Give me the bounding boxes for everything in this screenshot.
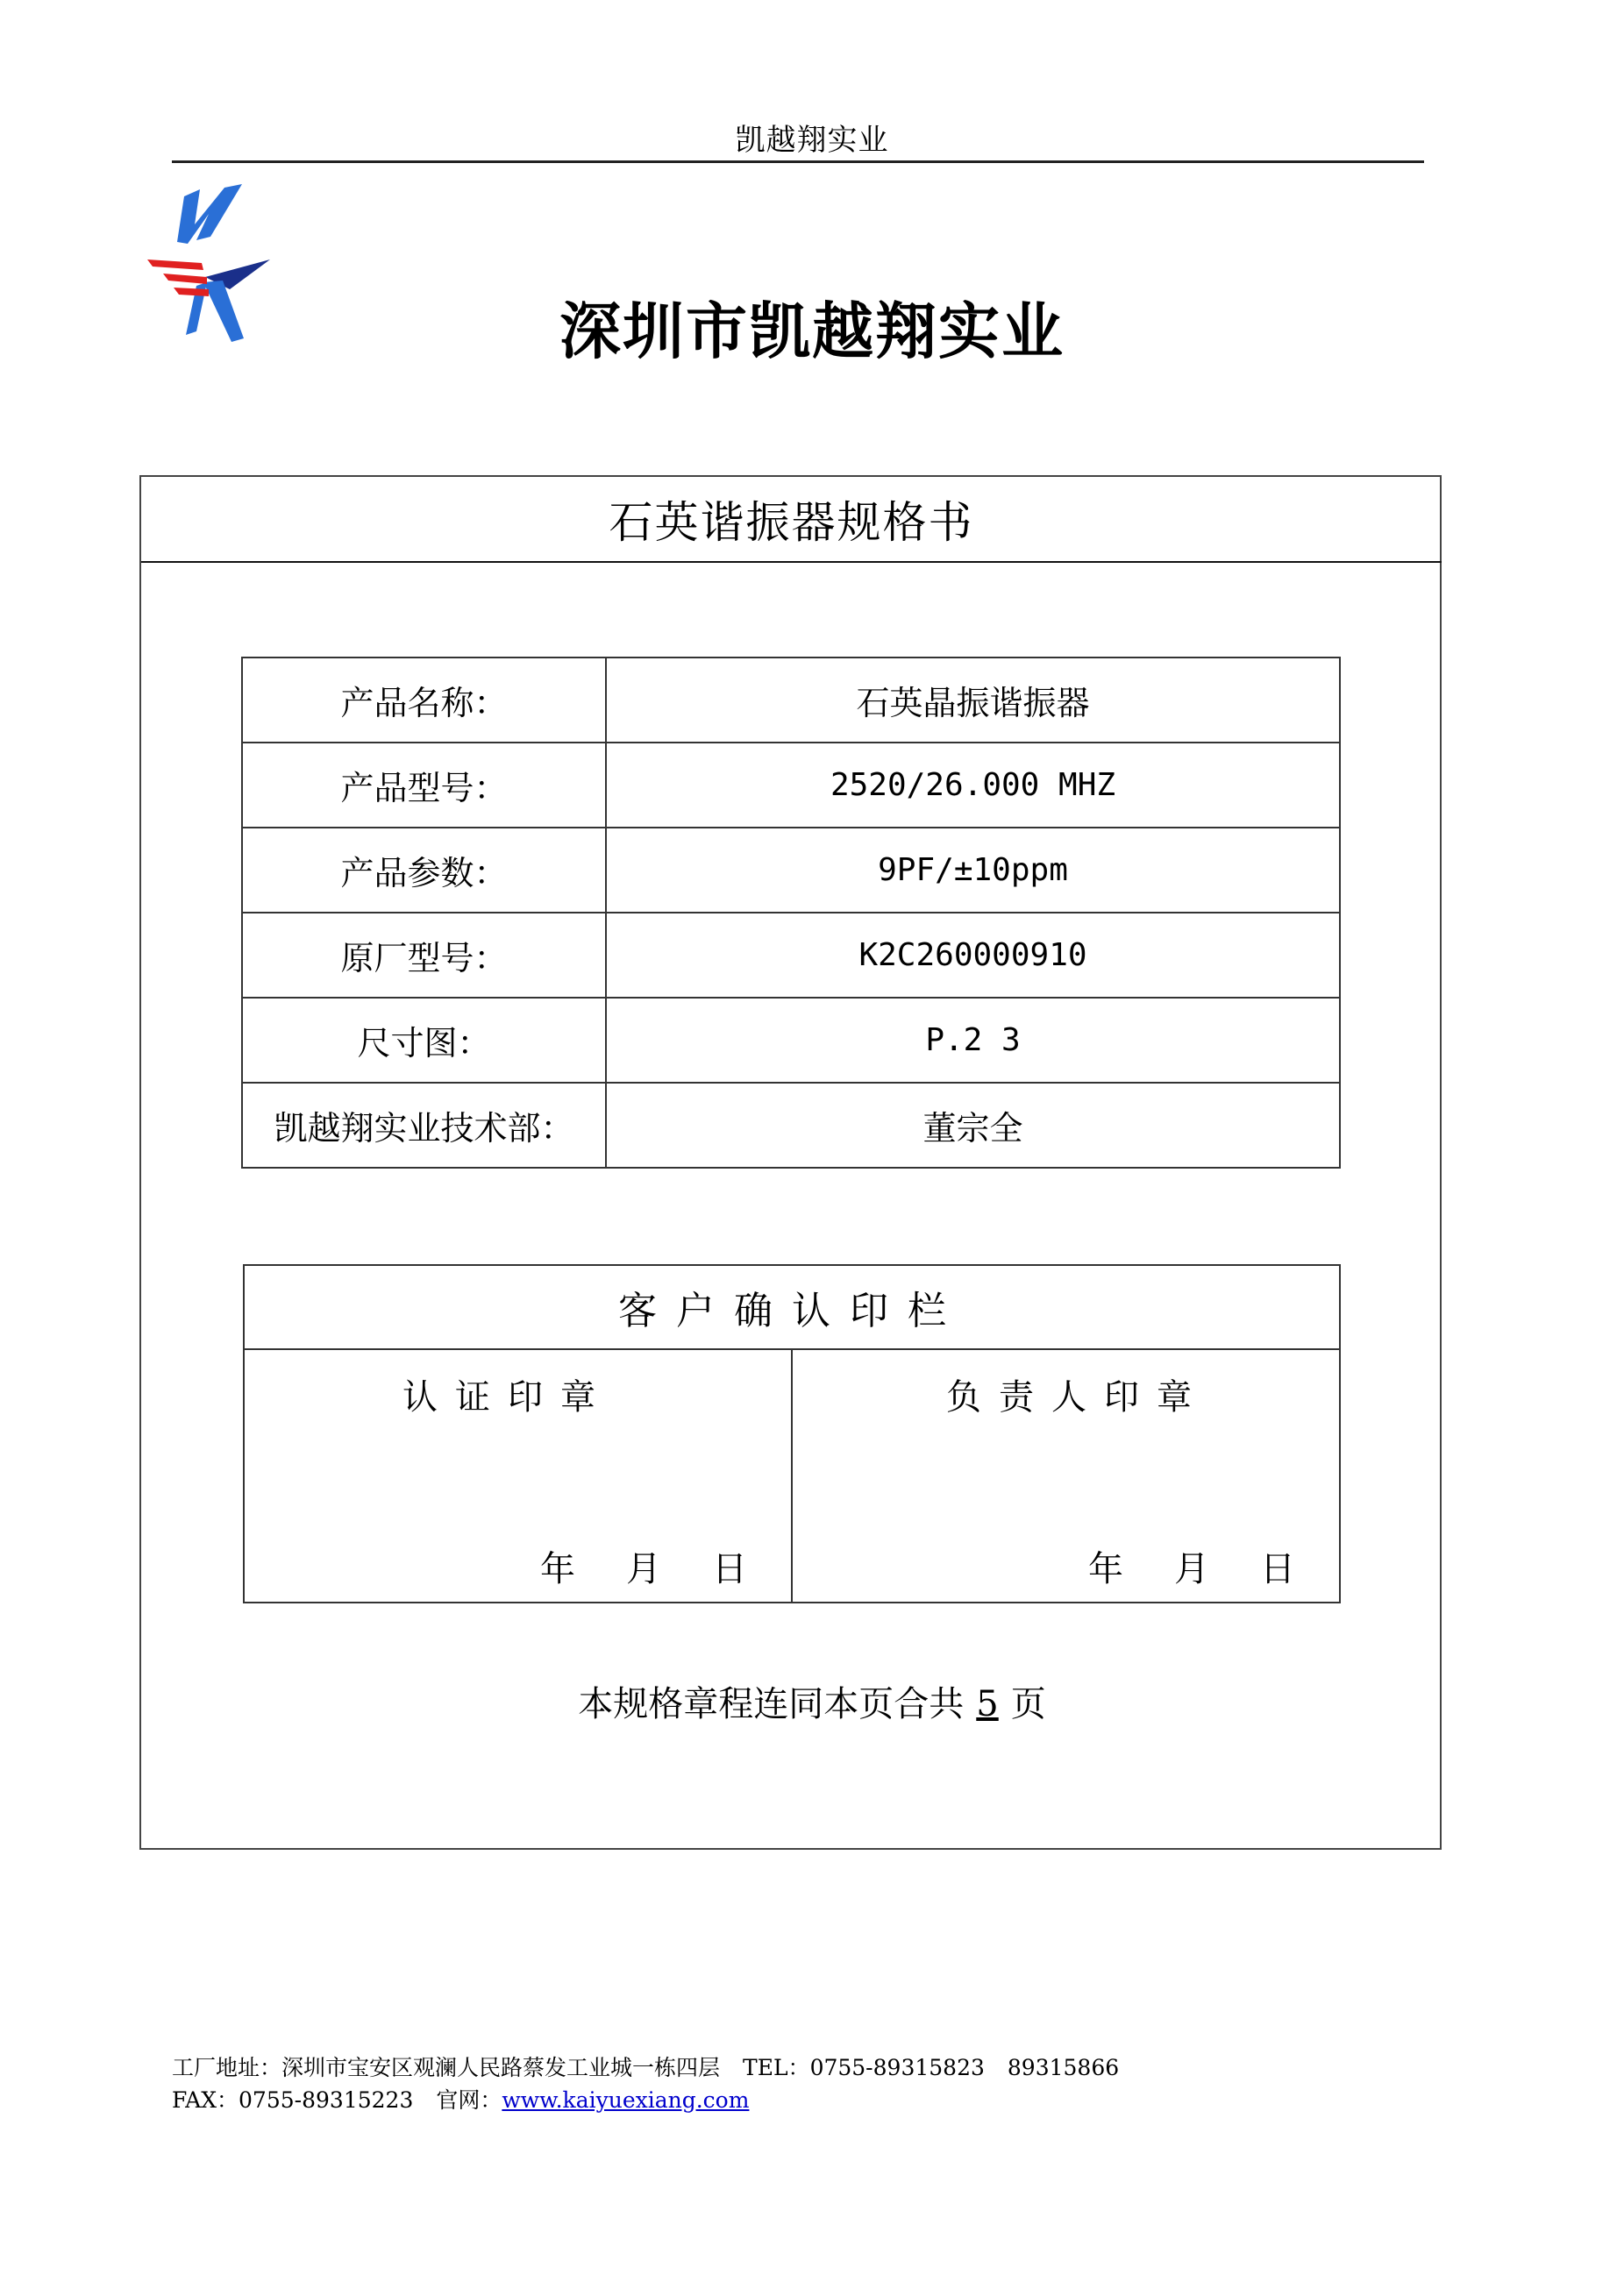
table-row: 产品参数： 9PF/±10ppm [242,828,1340,913]
table-row: 产品名称： 石英晶振谐振器 [242,658,1340,743]
product-model-value: 2520/26.000 MHZ [606,743,1340,828]
tel-label: TEL： [743,2055,810,2080]
tel-number-1: 0755-89315823 [810,2055,985,2080]
table-row: 凯越翔实业技术部： 董宗全 [242,1083,1340,1168]
year-label: 年 [1088,1541,1123,1591]
responsible-date: 年 月 日 [1088,1541,1295,1591]
page-count-suffix: 页 [1011,1684,1046,1724]
certification-stamp-cell: 认证印章 年 月 日 [244,1349,792,1603]
day-label: 日 [1260,1541,1295,1591]
customer-confirmation-table: 客户确认印栏 认证印章 年 月 日 负责人印章 年 月 日 [243,1264,1341,1603]
table-row: 尺寸图： P.2 3 [242,998,1340,1083]
tech-dept-value: 董宗全 [606,1083,1340,1168]
fax-label: FAX： [172,2087,239,2113]
document-title: 石英谐振器规格书 [141,477,1442,563]
responsible-stamp-cell: 负责人印章 年 月 日 [792,1349,1340,1603]
product-info-table: 产品名称： 石英晶振谐振器 产品型号： 2520/26.000 MHZ 产品参数… [241,657,1341,1169]
page-count-prefix: 本规格章程连同本页合共 [578,1684,964,1724]
confirmation-header: 客户确认印栏 [244,1265,1340,1349]
product-params-value: 9PF/±10ppm [606,828,1340,913]
oem-model-value: K2C260000910 [606,913,1340,998]
footer-line-2: FAX：0755-89315223官网：www.kaiyuexiang.com [172,2084,1119,2116]
footer-line-1: 工厂地址：深圳市宝安区观澜人民路蔡发工业城一栋四层TEL：0755-893158… [172,2051,1119,2084]
product-name-label: 产品名称： [242,658,606,743]
product-params-label: 产品参数： [242,828,606,913]
certification-date: 年 月 日 [540,1541,747,1591]
dimension-drawing-label: 尺寸图： [242,998,606,1083]
fax-number: 0755-89315223 [239,2087,413,2113]
website-label: 官网： [436,2087,502,2113]
company-title: 深圳市凯越翔实业 [0,282,1624,371]
month-label: 月 [626,1541,661,1591]
page-count-number: 5 [964,1684,1010,1724]
table-row: 产品型号： 2520/26.000 MHZ [242,743,1340,828]
product-model-label: 产品型号： [242,743,606,828]
responsible-stamp-label: 负责人印章 [946,1369,1209,1419]
running-header: 凯越翔实业 [0,116,1624,159]
year-label: 年 [540,1541,575,1591]
website-link[interactable]: www.kaiyuexiang.com [502,2087,749,2113]
page-count-statement: 本规格章程连同本页合共5页 [0,1676,1624,1726]
table-row: 原厂型号： K2C260000910 [242,913,1340,998]
tel-number-2: 89315866 [1008,2055,1119,2080]
header-divider [172,160,1424,163]
month-label: 月 [1174,1541,1209,1591]
factory-address: 深圳市宝安区观澜人民路蔡发工业城一栋四层 [281,2055,720,2080]
oem-model-label: 原厂型号： [242,913,606,998]
day-label: 日 [712,1541,747,1591]
tech-dept-label: 凯越翔实业技术部： [242,1083,606,1168]
product-name-value: 石英晶振谐振器 [606,658,1340,743]
footer-contact: 工厂地址：深圳市宝安区观澜人民路蔡发工业城一栋四层TEL：0755-893158… [172,2051,1119,2116]
address-label: 工厂地址： [172,2055,281,2080]
certification-stamp-label: 认证印章 [402,1369,613,1419]
dimension-drawing-value: P.2 3 [606,998,1340,1083]
